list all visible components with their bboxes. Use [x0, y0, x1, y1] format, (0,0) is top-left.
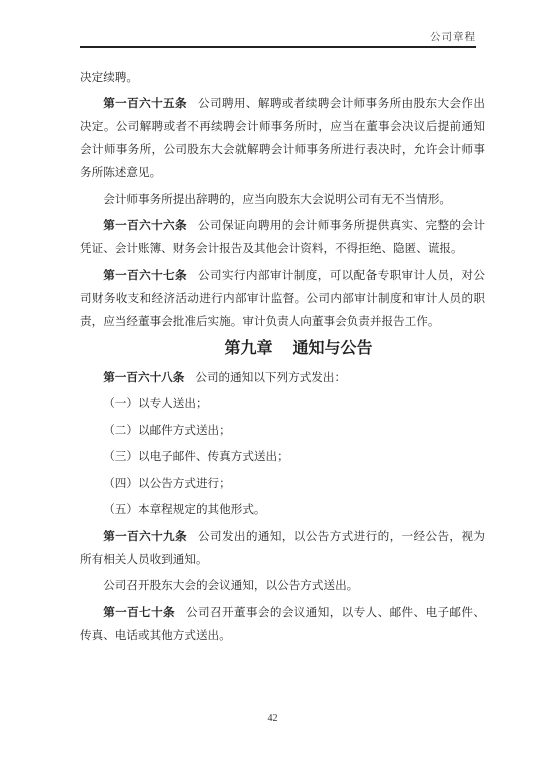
paragraph: 会计师事务所提出辞聘的，应当向股东大会说明公司有无不当情形。 [80, 188, 485, 211]
paragraph: 决定续聘。 [80, 66, 485, 89]
document-page: 公司章程 决定续聘。 第一百六十五条公司聘用、解聘或者续聘会计师事务所由股东大会… [0, 0, 545, 771]
article-number: 第一百六十五条 [103, 97, 187, 110]
header-title: 公司章程 [430, 32, 476, 43]
list-item: （四）以公告方式进行； [80, 472, 485, 495]
paragraph: 第一百六十五条公司聘用、解聘或者续聘会计师事务所由股东大会作出决定。公司解聘或者… [80, 92, 485, 184]
list-item-text: （三）以电子邮件、传真方式送出； [103, 450, 289, 463]
list-item: （三）以电子邮件、传真方式送出； [80, 445, 485, 468]
article-text: 公司的通知以下列方式发出： [195, 371, 346, 384]
paragraph: 第一百七十条公司召开董事会的会议通知，以专人、邮件、电子邮件、传真、电话或其他方… [80, 601, 485, 647]
page-number: 42 [268, 713, 278, 724]
article-number: 第一百六十七条 [103, 269, 187, 282]
paragraph: 第一百六十七条公司实行内部审计制度，可以配备专职审计人员，对公司财务收支和经济活… [80, 264, 485, 333]
paragraph: 第一百六十八条公司的通知以下列方式发出： [80, 366, 485, 389]
list-item-text: （二）以邮件方式送出； [103, 424, 231, 437]
page-header: 公司章程 [80, 0, 476, 48]
paragraph: 公司召开股东大会的会议通知，以公告方式送出。 [80, 574, 485, 597]
page-footer: 42 [0, 708, 545, 726]
paragraph: 第一百六十九条公司发出的通知，以公告方式进行的，一经公告，视为所有相关人员收到通… [80, 525, 485, 571]
chapter-heading: 第九章通知与公告 [80, 336, 485, 362]
list-item: （五）本章程规定的其他形式。 [80, 498, 485, 521]
article-number: 第一百六十九条 [103, 530, 187, 543]
article-text: 公司召开股东大会的会议通知，以公告方式送出。 [103, 579, 358, 592]
list-item-text: （四）以公告方式进行； [103, 477, 231, 490]
article-text: 决定续聘。 [80, 71, 138, 84]
article-number: 第一百七十条 [103, 606, 175, 619]
article-number: 第一百六十六条 [103, 219, 187, 232]
list-item: （二）以邮件方式送出； [80, 419, 485, 442]
paragraph: 第一百六十六条公司保证向聘用的会计师事务所提供真实、完整的会计凭证、会计账簿、财… [80, 214, 485, 260]
article-text: 会计师事务所提出辞聘的，应当向股东大会说明公司有无不当情形。 [103, 193, 451, 206]
list-item-text: （五）本章程规定的其他形式。 [103, 503, 265, 516]
chapter-number: 第九章 [224, 340, 272, 357]
list-item: （一）以专人送出； [80, 392, 485, 415]
document-body: 决定续聘。 第一百六十五条公司聘用、解聘或者续聘会计师事务所由股东大会作出决定。… [80, 48, 485, 647]
article-number: 第一百六十八条 [103, 371, 184, 384]
chapter-title: 通知与公告 [293, 340, 373, 357]
list-item-text: （一）以专人送出； [103, 397, 207, 410]
